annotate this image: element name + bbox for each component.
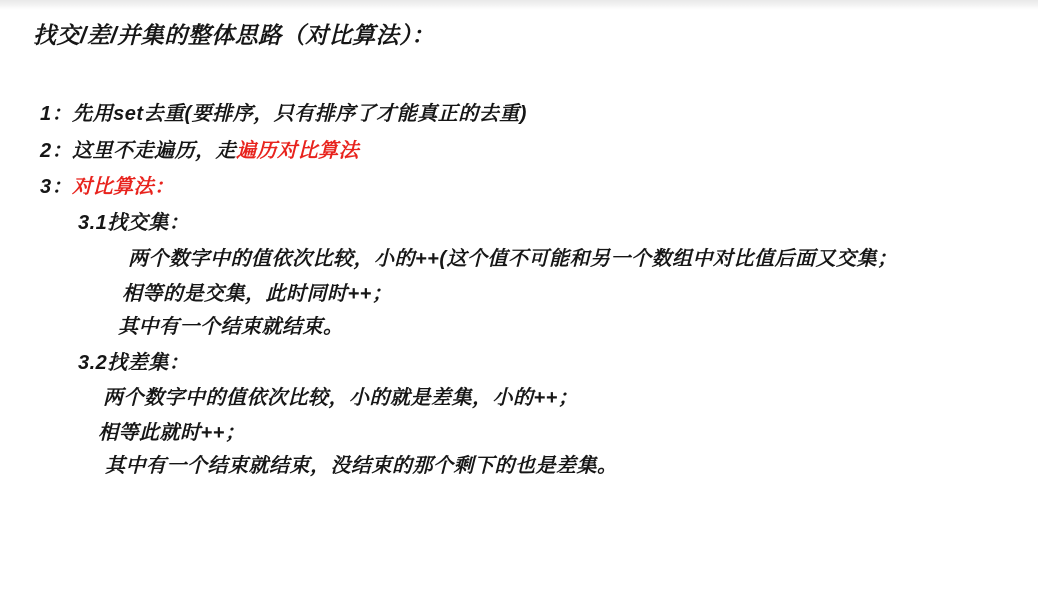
- note-line-3: 3：对比算法：: [40, 175, 175, 199]
- note-line-3-highlight: 对比算法：: [72, 176, 175, 198]
- section-3-2-line-1: 两个数字中的值依次比较，小的就是差集，小的++；: [103, 386, 578, 410]
- section-3-1-heading: 3.1找交集：: [78, 211, 189, 235]
- note-line-2: 2：这里不走遍历，走遍历对比算法: [40, 139, 359, 163]
- notes-page: 找交/差/并集的整体思路（对比算法）： 1：先用set去重(要排序，只有排序了才…: [0, 0, 1038, 590]
- note-line-3-prefix: 3：: [40, 176, 72, 198]
- section-3-2-line-3: 其中有一个结束就结束，没结束的那个剩下的也是差集。: [105, 454, 618, 478]
- section-3-1-line-1: 两个数字中的值依次比较，小的++(这个值不可能和另一个数组中对比值后面又交集；: [128, 247, 898, 271]
- top-edge-shadow: [0, 0, 1038, 10]
- section-3-1-line-3: 其中有一个结束就结束。: [118, 315, 344, 339]
- section-3-2-line-2: 相等此就时++；: [98, 421, 245, 445]
- note-line-1: 1：先用set去重(要排序，只有排序了才能真正的去重): [40, 102, 527, 126]
- page-title: 找交/差/并集的整体思路（对比算法）：: [33, 22, 435, 50]
- note-line-2-prefix: 2：这里不走遍历，走: [40, 140, 236, 162]
- section-3-1-line-2: 相等的是交集，此时同时++；: [122, 282, 392, 306]
- note-line-2-highlight: 遍历对比算法: [236, 140, 359, 162]
- section-3-2-heading: 3.2找差集：: [78, 351, 189, 375]
